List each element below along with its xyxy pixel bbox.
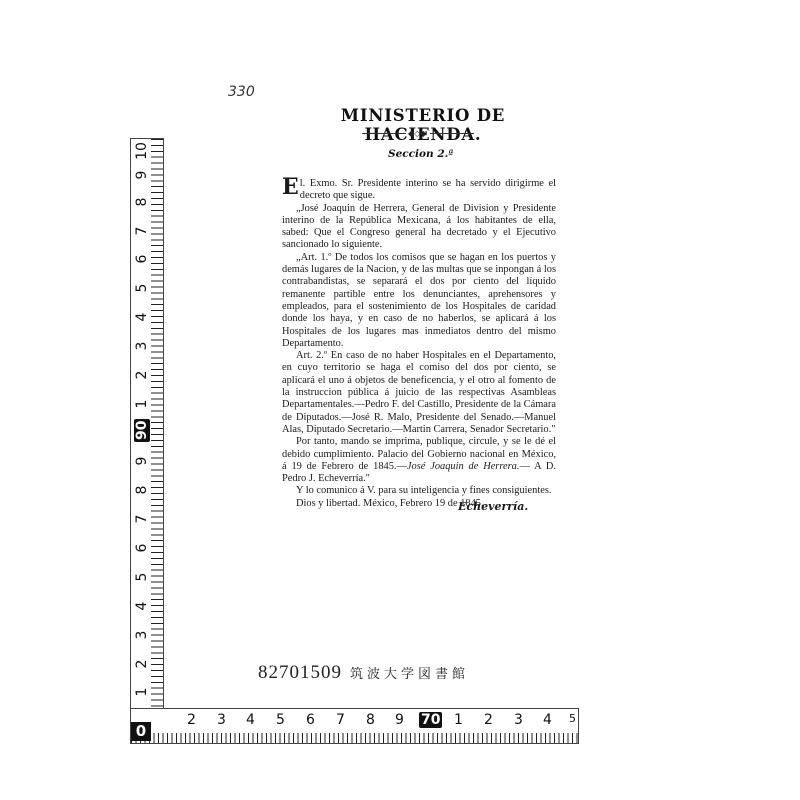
ruler-label: 6	[134, 539, 150, 557]
ruler-label: 5	[569, 712, 576, 725]
ruler-label: 1	[134, 683, 150, 701]
ruler-label: 2	[134, 655, 150, 673]
ruler-label: 3	[217, 712, 226, 728]
ruler-label: 5	[276, 712, 285, 728]
paragraph-art1: „Art. 1.º De todos los comisos que se ha…	[282, 252, 556, 350]
ornamental-rule: ◆◇◆	[362, 131, 474, 137]
vertical-ruler: 1 2 3 4 5 6 7 8 9 90 1 2 3 4 5 6 7 8 9 1…	[130, 138, 164, 713]
ruler-label: 4	[543, 712, 552, 728]
section-heading: Seccion 2.ª	[388, 148, 453, 160]
paragraph-por-tanto: Por tanto, mando se imprima, publique, c…	[282, 436, 556, 485]
ruler-label: 7	[134, 510, 150, 528]
ruler-label: 5	[134, 279, 150, 297]
ruler-label: 9	[134, 452, 150, 470]
ruler-label-highlight: 90	[134, 424, 150, 442]
library-stamp: 82701509筑波大学図書館	[258, 662, 469, 684]
drop-cap: E	[282, 178, 299, 196]
ruler-label: 7	[134, 222, 150, 240]
ruler-label: 2	[134, 366, 150, 384]
stamp-library-name: 筑波大学図書館	[350, 667, 469, 682]
ruler-ticks	[131, 733, 578, 743]
decree-body: El. Exmo. Sr. Presidente interino se ha …	[282, 178, 556, 510]
stamp-number: 82701509	[258, 662, 342, 683]
paragraph-art2: Art. 2.º En caso de no haber Hospitales …	[282, 350, 556, 436]
ruler-label: 7	[336, 712, 345, 728]
ruler-label: 8	[366, 712, 375, 728]
ornament-icon: ◆◇◆	[408, 129, 426, 138]
ruler-origin-label: 0	[131, 722, 151, 741]
ruler-label: 6	[306, 712, 315, 728]
ruler-label: 3	[514, 712, 523, 728]
paragraph-herrera: „José Joaquin de Herrera, General de Div…	[282, 203, 556, 252]
ruler-label: 9	[395, 712, 404, 728]
ruler-label: 2	[187, 712, 196, 728]
ruler-label: 3	[134, 626, 150, 644]
ruler-label: 8	[134, 481, 150, 499]
ruler-label: 4	[134, 597, 150, 615]
ruler-label: 3	[134, 337, 150, 355]
ruler-label: 4	[246, 712, 255, 728]
ruler-label: 6	[134, 250, 150, 268]
paragraph-comunico: Y lo comunico á V. para su inteligencia …	[282, 485, 556, 497]
ruler-label: 4	[134, 308, 150, 326]
ruler-label: 10	[134, 142, 150, 160]
ruler-label: 2	[484, 712, 493, 728]
paragraph-intro: El. Exmo. Sr. Presidente interino se ha …	[282, 178, 556, 203]
ruler-label: 1	[134, 395, 150, 413]
horizontal-ruler: 2 3 4 5 6 7 8 9 70 1 2 3 4 5	[130, 708, 579, 744]
ruler-ticks	[151, 139, 163, 713]
handwritten-page-number: 330	[228, 84, 255, 100]
ruler-label-highlight: 70	[419, 712, 442, 728]
ruler-label: 1	[454, 712, 463, 728]
ruler-label: 8	[134, 193, 150, 211]
ruler-label: 5	[134, 568, 150, 586]
signature: Echeverría.	[458, 500, 528, 513]
ruler-label: 9	[134, 166, 150, 184]
document-title: MINISTERIO DE HACIENDA.	[283, 106, 563, 144]
